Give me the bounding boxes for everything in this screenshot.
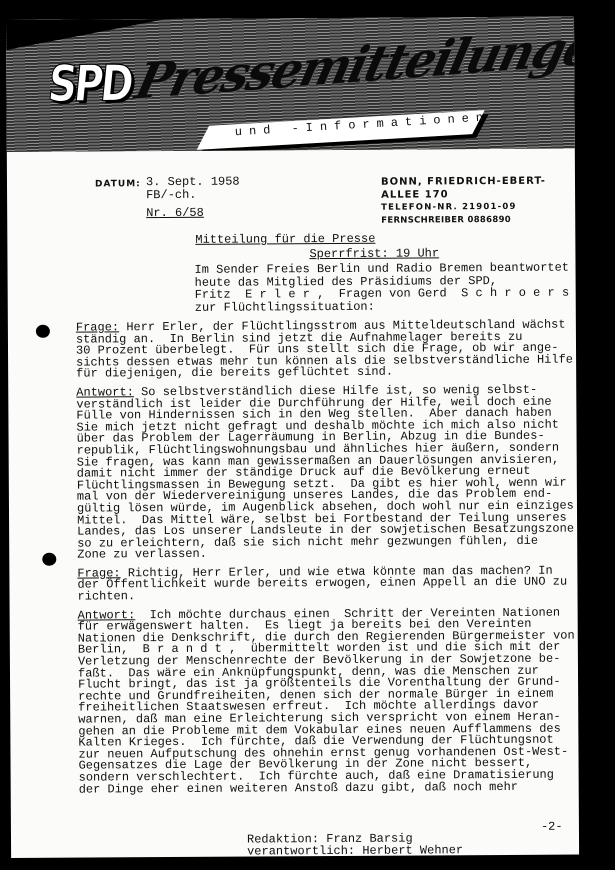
intro-text: Im Sender Freies Berlin und Radio Bremen… xyxy=(194,262,569,314)
paragraph-question-1: Frage: Herr Erler, der Flüchtlingsstrom … xyxy=(76,320,576,381)
paragraph-text: Ich möchte durchaus einen Schritt der Ve… xyxy=(78,605,575,796)
reference: FB/-ch. xyxy=(146,189,240,203)
paragraph-question-2: Frage: Richtig, Herr Erler, und wie etwa… xyxy=(77,565,577,603)
paragraph-answer-1: Antwort: So selbstverständlich diese Hil… xyxy=(76,384,577,561)
interview-body: Frage: Herr Erler, der Flüchtlingsstrom … xyxy=(76,320,579,803)
page-marker: -2- xyxy=(541,820,563,834)
spd-logo: SPD xyxy=(48,61,130,108)
address-fernschreiber: FERNSCHREIBER 0886890 xyxy=(381,214,575,228)
masthead: SPD Pressemitteilungen und -Informatione… xyxy=(6,17,575,152)
address-city: BONN, FRIEDRICH-EBERT-ALLEE 170 xyxy=(381,175,575,202)
logo-text: SPD xyxy=(45,55,133,113)
address-telefon: TELEFON-NR. 21901-09 xyxy=(381,201,575,215)
paragraph-text: So selbstverständlich diese Hilfe ist, s… xyxy=(76,383,574,562)
document-meta: 3. Sept. 1958 FB/-ch. Nr. 6/58 xyxy=(146,176,240,221)
punch-hole xyxy=(42,553,56,566)
issue-number: Nr. 6/58 xyxy=(146,207,204,220)
heading-sperrfrist: Sperrfrist: 19 Uhr xyxy=(309,246,439,261)
paragraph-text: Herr Erler, der Flüchtlingsstrom aus Mit… xyxy=(76,318,573,381)
footer-credits: Redaktion: Franz Barsig verantwortlich: … xyxy=(247,832,463,857)
press-release-page: SPD Pressemitteilungen und -Informatione… xyxy=(6,17,579,858)
paragraph-text: Richtig, Herr Erler, und wie etwa könnte… xyxy=(77,564,567,604)
address-block: BONN, FRIEDRICH-EBERT-ALLEE 170 TELEFON-… xyxy=(381,175,575,228)
heading-mitteilung: Mitteilung für die Presse xyxy=(195,232,375,247)
masthead-title: Pressemitteilungen xyxy=(130,17,575,111)
datum-label: DATUM: xyxy=(95,179,141,189)
paragraph-answer-2: Antwort: Ich möchte durchaus einen Schri… xyxy=(78,607,579,796)
punch-hole xyxy=(36,325,50,338)
